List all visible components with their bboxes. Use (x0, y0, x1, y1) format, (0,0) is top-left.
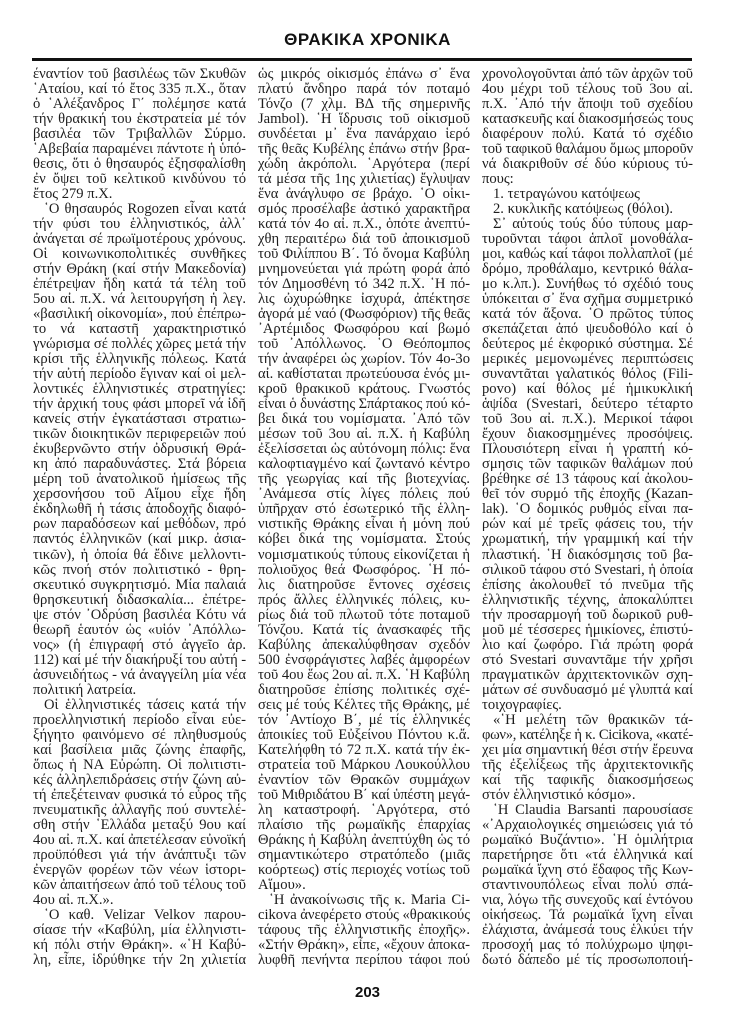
text-line: καί βασίλεια μιᾶς ζώνης ἐπαφῆς, (33, 743, 246, 758)
text-line: ἐπέτρεψαν ἤδη κατά τά τέλη τοῦ (33, 277, 246, 292)
text-line: Οἱ κοινωνικοπολιτικές συνθῆκες (33, 247, 246, 262)
text-line: δρόμο, προθάλαμο, κεντρικό θάλα- (482, 262, 693, 277)
text-line: «Στήν Θράκη», εἶπε, «ἔχουν ἀποκα- (258, 938, 470, 953)
text-line: θεσις, ὅτι ὁ θησαυρός ἐξησφαλίσθη (33, 157, 246, 172)
text-line: βασιλέα τῶν Τριβαλλῶν Σύρμο. (33, 127, 246, 142)
text-line: ρών καί μέ τρεῖς φάσεις του, τήν (482, 517, 693, 532)
text-line: 4ου μέχρι τοῦ τέλους τοῦ 3ου αἰ. (482, 82, 693, 97)
text-line: σιλικοῦ τάφου στό Svestari, ἡ ὁποία (482, 563, 693, 578)
text-line: σεις μέ τούς Κέλτες τῆς Θράκης, μέ (258, 698, 470, 713)
text-line: κροῦ θρακικοῦ κράτους. Γνωστός (258, 382, 470, 397)
text-line: ρίως διά τοῦ πλωτοῦ τότε ποταμοῦ (258, 608, 470, 623)
text-line: ψε στόν ᾿Οδρύση βασιλέα Κότυ νά (33, 608, 246, 623)
text-line: Jambol). ῾Η ἵδρυσις τοῦ οἰκισμοῦ (258, 112, 470, 127)
text-line: διαφέρουν πολύ. Κατά τό σχέδιο (482, 127, 693, 142)
text-line: προελληνιστική περίοδο εἶναι εὐε- (33, 713, 246, 728)
text-line: ρωμαϊκά ἴχνη στό ἔδαφος τῆς Κων- (482, 863, 693, 878)
text-line: ρων παραδόσεων καί μεθόδων, πρό (33, 517, 246, 532)
text-line: συναντᾶται γαλατικός θόλος (Fili- (482, 367, 693, 382)
text-line: ἐλάχιστα, ἀνάμεσά τους ἑλκύει τήν (482, 923, 693, 938)
text-line: Οἱ ἑλληνιστικές τάσεις κατά τήν (33, 698, 246, 713)
text-line: τοιχογραφίες. (482, 698, 693, 713)
text-line: κόβει δικά της νομίσματα. Στούς (258, 532, 470, 547)
text-line: καί τῆς ταφικῆς διακοσμήσεως (482, 773, 693, 788)
text-line: τή ἐπεξέτειναν φυσικά τό εὖρος τῆς (33, 788, 246, 803)
text-line: πνευματικῆς ἀλλαγῆς πού συντελέ- (33, 803, 246, 818)
text-line: κατά τόν 4ο αἰ. π.Χ., ὁπότε ἀνεπτύ- (258, 217, 470, 232)
text-line: λη, εἶπε, ἱδρύθηκε τήν 2η χιλιετία (33, 953, 246, 968)
text-line: μέρη τοῦ ἀνατολικοῦ ἡμίσεως τῆς (33, 472, 246, 487)
text-line: «βασιλική οἰκονομία», πού ἐπέπρω- (33, 307, 246, 322)
text-line: στήν Θράκη (καί στήν Μακεδονία) (33, 262, 246, 277)
text-line: κατά τόν ἄξονα. ῾Ο πρῶτος τύπος (482, 307, 693, 322)
text-line: π.Χ. ᾿Από τήν ἄποψι τοῦ σχεδίου (482, 97, 693, 112)
text-line: ὑπῆρχαν στό ἐσωτερικό τῆς ἑλλη- (258, 502, 470, 517)
text-line: τήν ἀρχική τους φάσι μπορεῖ νά ἰδῆ (33, 397, 246, 412)
text-line: τοῦ 3ου αἰ. π.Χ.). Μερικοί τάφοι (482, 412, 693, 427)
text-line: νομισματικούς τύπους εἰκονίζεται ἡ (258, 548, 470, 563)
text-line: σμός προσέλαβε ἀστικό χαρακτῆρα (258, 202, 470, 217)
text-line: 5ου αἰ. π.Χ. νά λειτουργήση ἡ λεγ. (33, 292, 246, 307)
text-line: θρησκευτική διδασκαλία... ἐπέτρε- (33, 593, 246, 608)
text-line: τοῦ Μιθριδάτου Β΄ καί ὑπέστη μεγά- (258, 788, 470, 803)
text-line: ἐκυβερνῶντο στήν ὀδρυσική Θρά- (33, 442, 246, 457)
text-line: ῾Αβεβαία παραμένει πάντοτε ἡ ὑπό- (33, 142, 246, 157)
text-line: σταντινουπόλεως εἶναι πολύ σπά- (482, 878, 693, 893)
text-line: cikova ἀνεφέρετο στούς «θρακικούς (258, 908, 470, 923)
text-line: νιστικῆς Θράκης εἶναι ἡ μόνη πού (258, 517, 470, 532)
page-number: 203 (0, 984, 735, 1001)
text-line: 112) καί μέ τήν διακήρυξί του αὐτή - (33, 653, 246, 668)
text-line: ἕνα ἀνάγλυφο σε βράχο. ῾Ο οἰκι- (258, 187, 470, 202)
text-line: τικῶν διοικητικῶν περιφερειῶν πού (33, 427, 246, 442)
text-line: Τόνζου. Κατά τίς ἀνασκαφές τῆς (258, 623, 470, 638)
text-line: ῾Ο θησαυρός Rogozen εἶναι κατά (33, 202, 246, 217)
text-line: χώδη ἀκρόπολι. ῾Αργότερα (περί (258, 157, 470, 172)
text-line: ῾Η ἀνακοίνωσις τῆς κ. Maria Ci- (258, 893, 470, 908)
text-line: πραγματικῶν ἀρχιτεκτονικῶν σχη- (482, 668, 693, 683)
text-line: ἁψίδα (Svestari, δεύτερο τέταρτο (482, 397, 693, 412)
text-line: σκεπάζεται ἀπό ψευδοθόλο καί ὁ (482, 322, 693, 337)
text-line: τυροῦνται τάφοι ἁπλοῖ μονοθάλα- (482, 232, 693, 247)
text-line: τάφους τῆς ἑλληνιστικῆς ἐποχῆς». (258, 923, 470, 938)
text-line: πλαστική. ῾Η διακόσμησις τοῦ βα- (482, 548, 693, 563)
text-line: φων», κατέληξε ἡ κ. Cicikova, «κατέ- (482, 728, 693, 743)
header-rule-divider (32, 58, 692, 61)
text-line: μνημονεύεται γιά πρώτη φορά ἀπό (258, 262, 470, 277)
text-line: τά μέσα τῆς 1ης χιλιετίας) ἔγλυψαν (258, 172, 470, 187)
text-line: μο κ.λπ.). Συνήθως τό σχέδιό τους (482, 277, 693, 292)
text-line: κανείς στήν ἐγκατάστασι στρατιω- (33, 412, 246, 427)
text-line: ἐνεργῶν φορέων τῶν νέων ἱστορι- (33, 863, 246, 878)
text-line: έναντίον τοῦ βασιλέως τῶν Σκυθῶν (33, 67, 246, 82)
text-line: χρωματική, τήν γραμμική καί τήν (482, 532, 693, 547)
text-line: εἶναι ὁ δυνάστης Σπάρτακος πού κό- (258, 397, 470, 412)
text-line: το νά καταστῆ χαρακτηριστικό (33, 322, 246, 337)
text-line: ἔτος 279 π.Χ. (33, 187, 246, 202)
text-line: «῾Η μελέτη τῶν θρακικῶν τά- (482, 713, 693, 728)
text-line: Θράκης ἡ Καβύλη ἀνεπτύχθη ὡς τό (258, 833, 470, 848)
text-line: παντός ἑλληνικῶν (καί μικρ. ἀσια- (33, 532, 246, 547)
text-line: νος» (ἡ ἐπιγραφή στό ἀγγεῖο ἀρ. (33, 638, 246, 653)
text-line: κατασκευῆς καί διακοσμήσεώς τους (482, 112, 693, 127)
text-line: ἐπίσης ἀκολουθεῖ τό πνεῦμα τῆς (482, 578, 693, 593)
text-line: παρετήρησε ὅτι «τά ἑλληνικά καί (482, 848, 693, 863)
text-line: 2. κυκλικῆς κατόψεως (θόλοι). (482, 202, 693, 217)
text-line: λιο καί ζωφόρο. Γιά πρώτη φορά (482, 638, 693, 653)
text-line: ῾Αταίου, καί τό ἔτος 335 π.Χ., ὅταν (33, 82, 246, 97)
text-line: βει δικά του νομίσματα. ᾿Από τῶν (258, 412, 470, 427)
text-line: τόν Δημοσθένη τό 342 π.Χ. ῾Η πό- (258, 277, 470, 292)
text-line: πλαίσιο τῆς ρωμαϊκῆς ἐπαρχίας (258, 818, 470, 833)
text-line: μάτων σέ συνδυασμό μέ γλυπτά καί (482, 683, 693, 698)
text-line: νια, λόγω τῆς συνεχοῦς καί ἐντόνου (482, 893, 693, 908)
text-line: τικῶν), ἡ ὁποία θά ἔδινε μελλοντι- (33, 548, 246, 563)
text-line: λη καταστροφή. ῾Αργότερα, στό (258, 803, 470, 818)
text-line: ὅπως ἡ ΝΑ Εὐρώπη. Οἱ πολιτιστι- (33, 758, 246, 773)
text-line: τοῦ ταφικοῦ θαλάμου ὅμως μποροῦν (482, 142, 693, 157)
text-line: χερσονήσου τοῦ Αἵμου εἶχε ἤδη (33, 487, 246, 502)
text-line: Τόνζο (7 χλμ. ΒΔ τῆς σημερινῆς (258, 97, 470, 112)
text-line: ἀσυνειδήτως - νά ἀναγγείλη μία νέα (33, 668, 246, 683)
text-line: ὁ ῾Αλέξανδρος Γ΄ πολέμησε κατά (33, 97, 246, 112)
text-line: μοῦ μέ τέσσερες ἡμικίονες, ἐπιστύ- (482, 623, 693, 638)
text-line: θεῖ τόν συρμό τῆς ἐποχῆς (Kazan- (482, 487, 693, 502)
text-line: povo) καί θόλος μέ ἡμικυκλική (482, 382, 693, 397)
text-line: μοι, καθώς καί τάφοι πολλαπλοῖ (μέ (482, 247, 693, 262)
text-line: μερικές μεμονωμένες περιπτώσεις (482, 352, 693, 367)
text-line: κῶς πνοή στόν πολιτιστικό - θρη- (33, 563, 246, 578)
text-line: τήν ἀναφέρει ὡς χωρίον. Τόν 4ο-3ο (258, 352, 470, 367)
text-line: πλατύ ἄνδηρο παρά τόν ποταμό (258, 82, 470, 97)
text-line: σίασε τήν «Καβύλη, μία ἑλληνιστι- (33, 923, 246, 938)
text-line: δεύτερος μέ ἐκφορικό σύστημα. Σέ (482, 337, 693, 352)
text-line: κοόρτεως) στίς περιοχές νοτίως τοῦ (258, 863, 470, 878)
text-line: στρατεία τοῦ Μάρκου Λουκούλλου (258, 758, 470, 773)
text-column-3: χρονολογοῦνται ἀπό τῶν ἀρχῶν τοῦ4ου μέχρ… (482, 67, 693, 968)
text-line: ἑλληνιστικῆς τέχνης, ἀποκαλύπτει (482, 593, 693, 608)
text-line: μέσων τοῦ 3ου αἰ. π.Χ. ἡ Καβύλη (258, 427, 470, 442)
text-line: 500 ἐνσφράγιστες λαβές ἀμφορέων (258, 653, 470, 668)
text-line: λις ὠχυρώθηκε ἰσχυρά, ἀπέκτησε (258, 292, 470, 307)
journal-title: ΘΡΑΚΙΚΑ ΧΡΟΝΙΚΑ (0, 30, 735, 50)
text-line: Αἵμου». (258, 878, 470, 893)
text-line: προσοχή μας τό πολύχρωμο ψηφι- (482, 938, 693, 953)
text-line: 1. τετραγώνου κατόψεως (482, 187, 693, 202)
text-line: 4ου αἰ. π.Χ.». (33, 893, 246, 908)
text-line: τοῦ ᾿Απόλλωνος. ῾Ο Θεόπομπος (258, 337, 470, 352)
text-line: πους: (482, 172, 693, 187)
text-line: τήν θρακική του ἐκστρατεία μέ τόν (33, 112, 246, 127)
text-column-1: έναντίον τοῦ βασιλέως τῶν Σκυθῶν῾Αταίου,… (33, 67, 246, 968)
text-line: Πλουσιότερη εἶναι ἡ γραπτή κό- (482, 442, 693, 457)
text-line: καλοφτιαγμένο καί ζωντανό κέντρο (258, 457, 470, 472)
text-line: «᾿Αρχαιολογικές σημειώσεις γιά τό (482, 818, 693, 833)
text-line: διατηροῦσε ἐπίσης πολιτικές σχέ- (258, 683, 470, 698)
text-line: τοῦ 4ου ἕως 2ου αἰ. π.Χ. ῾Η Καβύλη (258, 668, 470, 683)
text-line: Καβύλης ἀπεκαλύφθησαν σχεδόν (258, 638, 470, 653)
text-line: ὡς μικρός οἰκισμός ἐπάνω σ᾿ ἕνα (258, 67, 470, 82)
text-line: ἀνάγεται σέ πρωϊμοτέρους χρόνους. (33, 232, 246, 247)
text-line: ἐξελίσσεται ὡς αὐτόνομη πόλις: ἕνα (258, 442, 470, 457)
text-line: σμησις τῶν ταφικῶν θαλάμων πού (482, 457, 693, 472)
text-line: ἀγορά μέ ναό (Φωσφόριον) τῆς θεᾶς (258, 307, 470, 322)
text-line: λυφθῆ πενήντα περίπου τάφοι πού (258, 953, 470, 968)
text-line: κές ἀλληλεπιδράσεις στήν ζώνη αὐ- (33, 773, 246, 788)
text-line: σθη στήν ῾Ελλάδα μεταξύ 9ου καί (33, 818, 246, 833)
text-line: ρωμαϊκό Βυζάντιο». ῾Η ὁμιλήτρια (482, 833, 693, 848)
text-line: τοῦ Φιλίππου Β΄. Τό ὄνομα Καβύλη (258, 247, 470, 262)
text-line: χρονολογοῦνται ἀπό τῶν ἀρχῶν τοῦ (482, 67, 693, 82)
text-line: πολιτική λατρεία. (33, 683, 246, 698)
text-line: δωτό δάπεδο μέ τίς προσωποποιή- (482, 953, 693, 968)
text-line: γνώρισμα σέ πολλές χῶρες μετά τήν (33, 337, 246, 352)
text-line: ῾Η Claudia Barsanti παρουσίασε (482, 803, 693, 818)
text-line: ἐκδηλωθῆ ἡ τάσις ἀποδοχῆς διαφό- (33, 502, 246, 517)
text-line: στό Svestari συναντᾶμε τήν χρῆσι (482, 653, 693, 668)
text-line: οἰκήσεως. Τά ρωμαϊκά ἴχνη εἶναι (482, 908, 693, 923)
text-line: βρέθηκε σέ 13 τάφους καί ἀκολου- (482, 472, 693, 487)
text-line: τήν φύσι του ἑλληνιστικός, ἀλλ᾿ (33, 217, 246, 232)
text-line: ἔχουν διακοσμημένες προσόψεις. (482, 427, 693, 442)
text-line: λις διατηροῦσε ἔντονες σχέσεις (258, 578, 470, 593)
text-line: χει μία σημαντική θέσι στήν ἔρευνα (482, 743, 693, 758)
text-line: τῆς θεᾶς Κυβέλης ἐπάνω στήν βρα- (258, 142, 470, 157)
text-line: θεωρῆ ἑαυτόν ὡς «υἱόν ᾿Απόλλω- (33, 623, 246, 638)
text-line: πολιοῦχος θεά Φωσφόρος. ῾Η πό- (258, 563, 470, 578)
text-line: ᾿Αρτέμιδος Φωσφόρου καί βωμό (258, 322, 470, 337)
text-line: τήν προσαρμογή τοῦ δωρικοῦ ρυθ- (482, 608, 693, 623)
text-line: νά διακριθοῦν σέ δύο κύριους τύ- (482, 157, 693, 172)
text-line: λοντικές ἑλληνιστικές στρατηγίες: (33, 382, 246, 397)
text-line: κρίσι τῆς ἑλληνικῆς πόλεως. Κατά (33, 352, 246, 367)
text-line: πρός ἄλλες ἑλληνικές πόλεις, κυ- (258, 593, 470, 608)
text-column-2: ὡς μικρός οἰκισμός ἐπάνω σ᾿ ἕναπλατύ ἄνδ… (258, 67, 470, 968)
text-line: κῶν ἀπαιτήσεων ἀπό τοῦ τέλους τοῦ (33, 878, 246, 893)
text-line: τῆς γεωργίας καί τῆς βιοτεχνίας. (258, 472, 470, 487)
text-line: Σ᾿ αὐτούς τούς δύο τύπους μαρ- (482, 217, 693, 232)
text-line: αἰ. καθίσταται πρωτεύουσα ἑνός μι- (258, 367, 470, 382)
text-line: προϋπόθεσι γιά τήν ἀνάπτυξι τῶν (33, 848, 246, 863)
text-line: ξήγητο φαινόμενο σέ πληθυσμούς (33, 728, 246, 743)
text-line: κή πόλι στήν Θράκη». «῾Η Καβύ- (33, 938, 246, 953)
text-line: τῆς ἐξελίξεως τῆς ἀρχιτεκτονικῆς (482, 758, 693, 773)
text-line: ἐναντίον τῶν Θρακῶν συμμάχων (258, 773, 470, 788)
text-line: lak). ῾Ο δομικός ρυθμός εἶναι πα- (482, 502, 693, 517)
text-line: ᾿Ανάμεσα στίς λίγες πόλεις πού (258, 487, 470, 502)
text-line: ὑπόκειται σ᾿ ἕνα σχῆμα συμμετρικό (482, 292, 693, 307)
text-line: Κατελήφθη τό 72 π.Χ. κατά τήν ἐκ- (258, 743, 470, 758)
text-line: συνδέεται μ᾿ ἕνα πανάρχαιο ἱερό (258, 127, 470, 142)
text-line: 4ου αἰ. π.Χ. καί ἀπετέλεσαν εὐνοϊκή (33, 833, 246, 848)
text-line: στόν ἑλληνιστικό κόσμο». (482, 788, 693, 803)
text-line: ἐν ὄψει τοῦ κελτικοῦ κινδύνου τό (33, 172, 246, 187)
text-line: ἀποικίες τοῦ Εὐξείνου Πόντου κ.ἄ. (258, 728, 470, 743)
text-line: τόν ᾿Αντίοχο Β΄, μέ τίς ἑλληνικές (258, 713, 470, 728)
text-line: σκευτικό συγκρητισμό. Μία παλαιά (33, 578, 246, 593)
text-line: τήν αὐτή περίοδο ἔγιναν καί οἱ μελ- (33, 367, 246, 382)
text-line: χθη περαιτέρω διά τοῦ ἀποικισμοῦ (258, 232, 470, 247)
text-line: ῾Ο καθ. Velizar Velkov παρου- (33, 908, 246, 923)
text-line: κη ἀπό παραδυνάστες. Στά βόρεια (33, 457, 246, 472)
text-line: σημαντικώτερο στρατόπεδο (μιᾶς (258, 848, 470, 863)
